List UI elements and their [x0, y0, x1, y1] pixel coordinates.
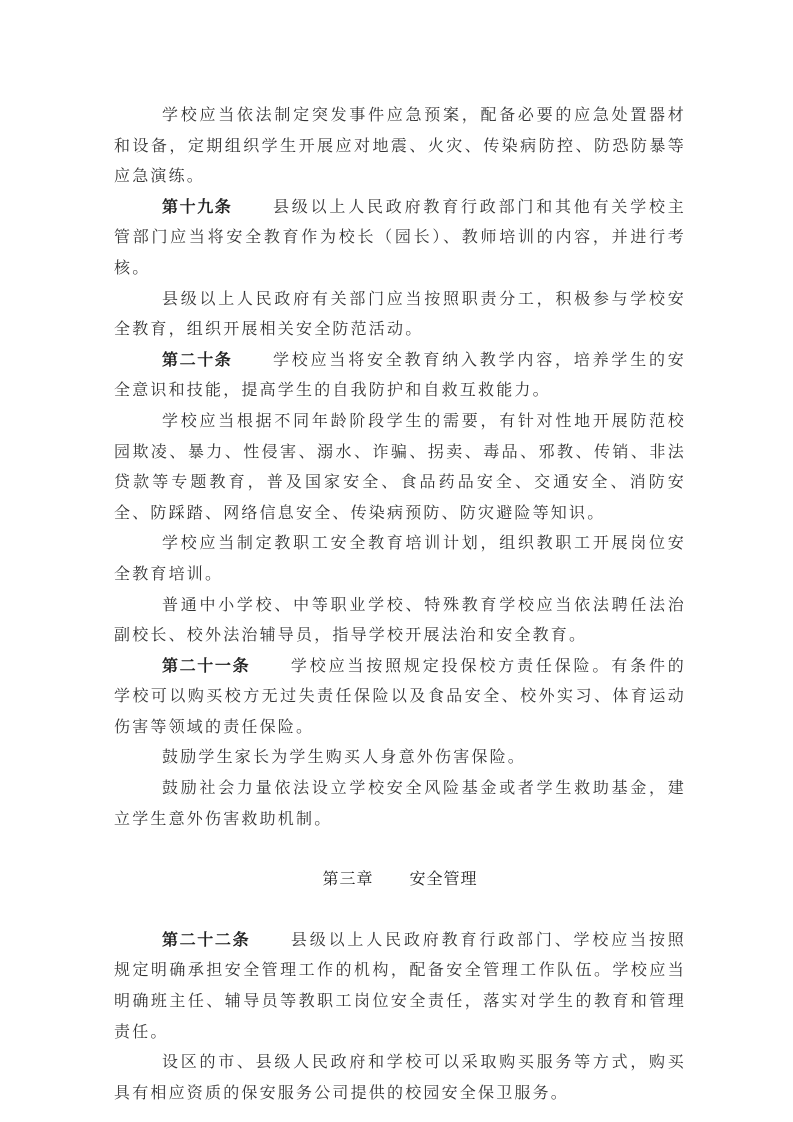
paragraph: 县级以上人民政府有关部门应当按照职责分工，积极参与学校安全教育，组织开展相关安全… [114, 284, 686, 345]
chapter-heading: 第三章安全管理 [114, 864, 686, 895]
paragraph: 学校应当根据不同年龄阶段学生的需要，有针对性地开展防范校园欺凌、暴力、性侵害、溺… [114, 406, 686, 528]
document-page: 学校应当依法制定突发事件应急预案，配备必要的应急处置器材和设备，定期组织学生开展… [114, 100, 686, 1108]
article-22: 第二十二条县级以上人民政府教育行政部门、学校应当按照规定明确承担安全管理工作的机… [114, 925, 686, 1047]
article-19: 第十九条县级以上人民政府教育行政部门和其他有关学校主管部门应当将安全教育作为校长… [114, 192, 686, 284]
paragraph: 鼓励社会力量依法设立学校安全风险基金或者学生救助基金，建立学生意外伤害救助机制。 [114, 773, 686, 834]
article-number: 第二十二条 [162, 930, 250, 949]
paragraph: 学校应当依法制定突发事件应急预案，配备必要的应急处置器材和设备，定期组织学生开展… [114, 100, 686, 192]
chapter-title: 安全管理 [410, 869, 478, 888]
article-number: 第十九条 [162, 197, 232, 216]
paragraph: 鼓励学生家长为学生购买人身意外伤害保险。 [114, 742, 686, 773]
article-21: 第二十一条学校应当按照规定投保校方责任保险。有条件的学校可以购买校方无过失责任保… [114, 651, 686, 743]
paragraph: 学校应当制定教职工安全教育培训计划，组织教职工开展岗位安全教育培训。 [114, 528, 686, 589]
paragraph: 设区的市、县级人民政府和学校可以采取购买服务等方式，购买具有相应资质的保安服务公… [114, 1047, 686, 1108]
article-number: 第二十一条 [162, 656, 250, 675]
article-number: 第二十条 [162, 350, 232, 369]
article-20: 第二十条学校应当将安全教育纳入教学内容，培养学生的安全意识和技能，提高学生的自我… [114, 345, 686, 406]
chapter-number: 第三章 [322, 869, 373, 888]
paragraph: 普通中小学校、中等职业学校、特殊教育学校应当依法聘任法治副校长、校外法治辅导员，… [114, 590, 686, 651]
